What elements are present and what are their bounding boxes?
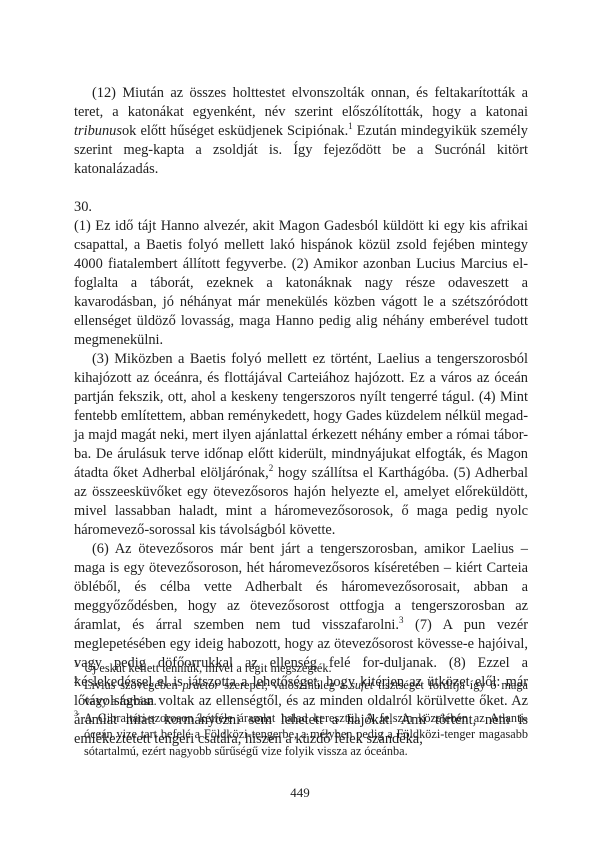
footnotes: 1Új esküt kellett tenniük, mivel a régit…	[74, 660, 528, 759]
page-body: (12) Miután az összes holttestet elvonsz…	[74, 84, 528, 749]
footnote-text: Livius szövegében praetor szerepel; való…	[84, 678, 528, 709]
italic-term: tribunus	[74, 123, 122, 139]
paragraph-30-1: (1) Ez idő tájt Hanno alvezér, akit Mago…	[74, 217, 528, 350]
italic-term: sufet	[350, 678, 373, 692]
page-number: 449	[0, 785, 600, 801]
footnote-text: Új esküt kellett tenniük, mivel a régit …	[84, 661, 332, 675]
footnote-reference[interactable]: 1	[348, 121, 353, 131]
footnote-reference[interactable]: 2	[269, 463, 274, 473]
paragraph-12: (12) Miután az összes holttestet elvonsz…	[74, 84, 528, 179]
footnote-text: A Gibraltári-szoroson kétféle áramlat ha…	[84, 711, 528, 758]
footnote-2: 2Livius szövegében praetor szerepel; val…	[74, 677, 528, 710]
paragraph-30-3: (3) Miközben a Baetis folyó mellett ez t…	[74, 350, 528, 540]
chapter-number: 30.	[74, 198, 528, 217]
footnote-1: 1Új esküt kellett tenniük, mivel a régit…	[74, 660, 528, 677]
footnote-reference[interactable]: 3	[399, 615, 404, 625]
footnote-3: 3A Gibraltári-szoroson kétféle áramlat h…	[74, 710, 528, 760]
italic-term: praetor	[182, 678, 219, 692]
main-text: (12) Miután az összes holttestet elvonsz…	[74, 84, 528, 749]
